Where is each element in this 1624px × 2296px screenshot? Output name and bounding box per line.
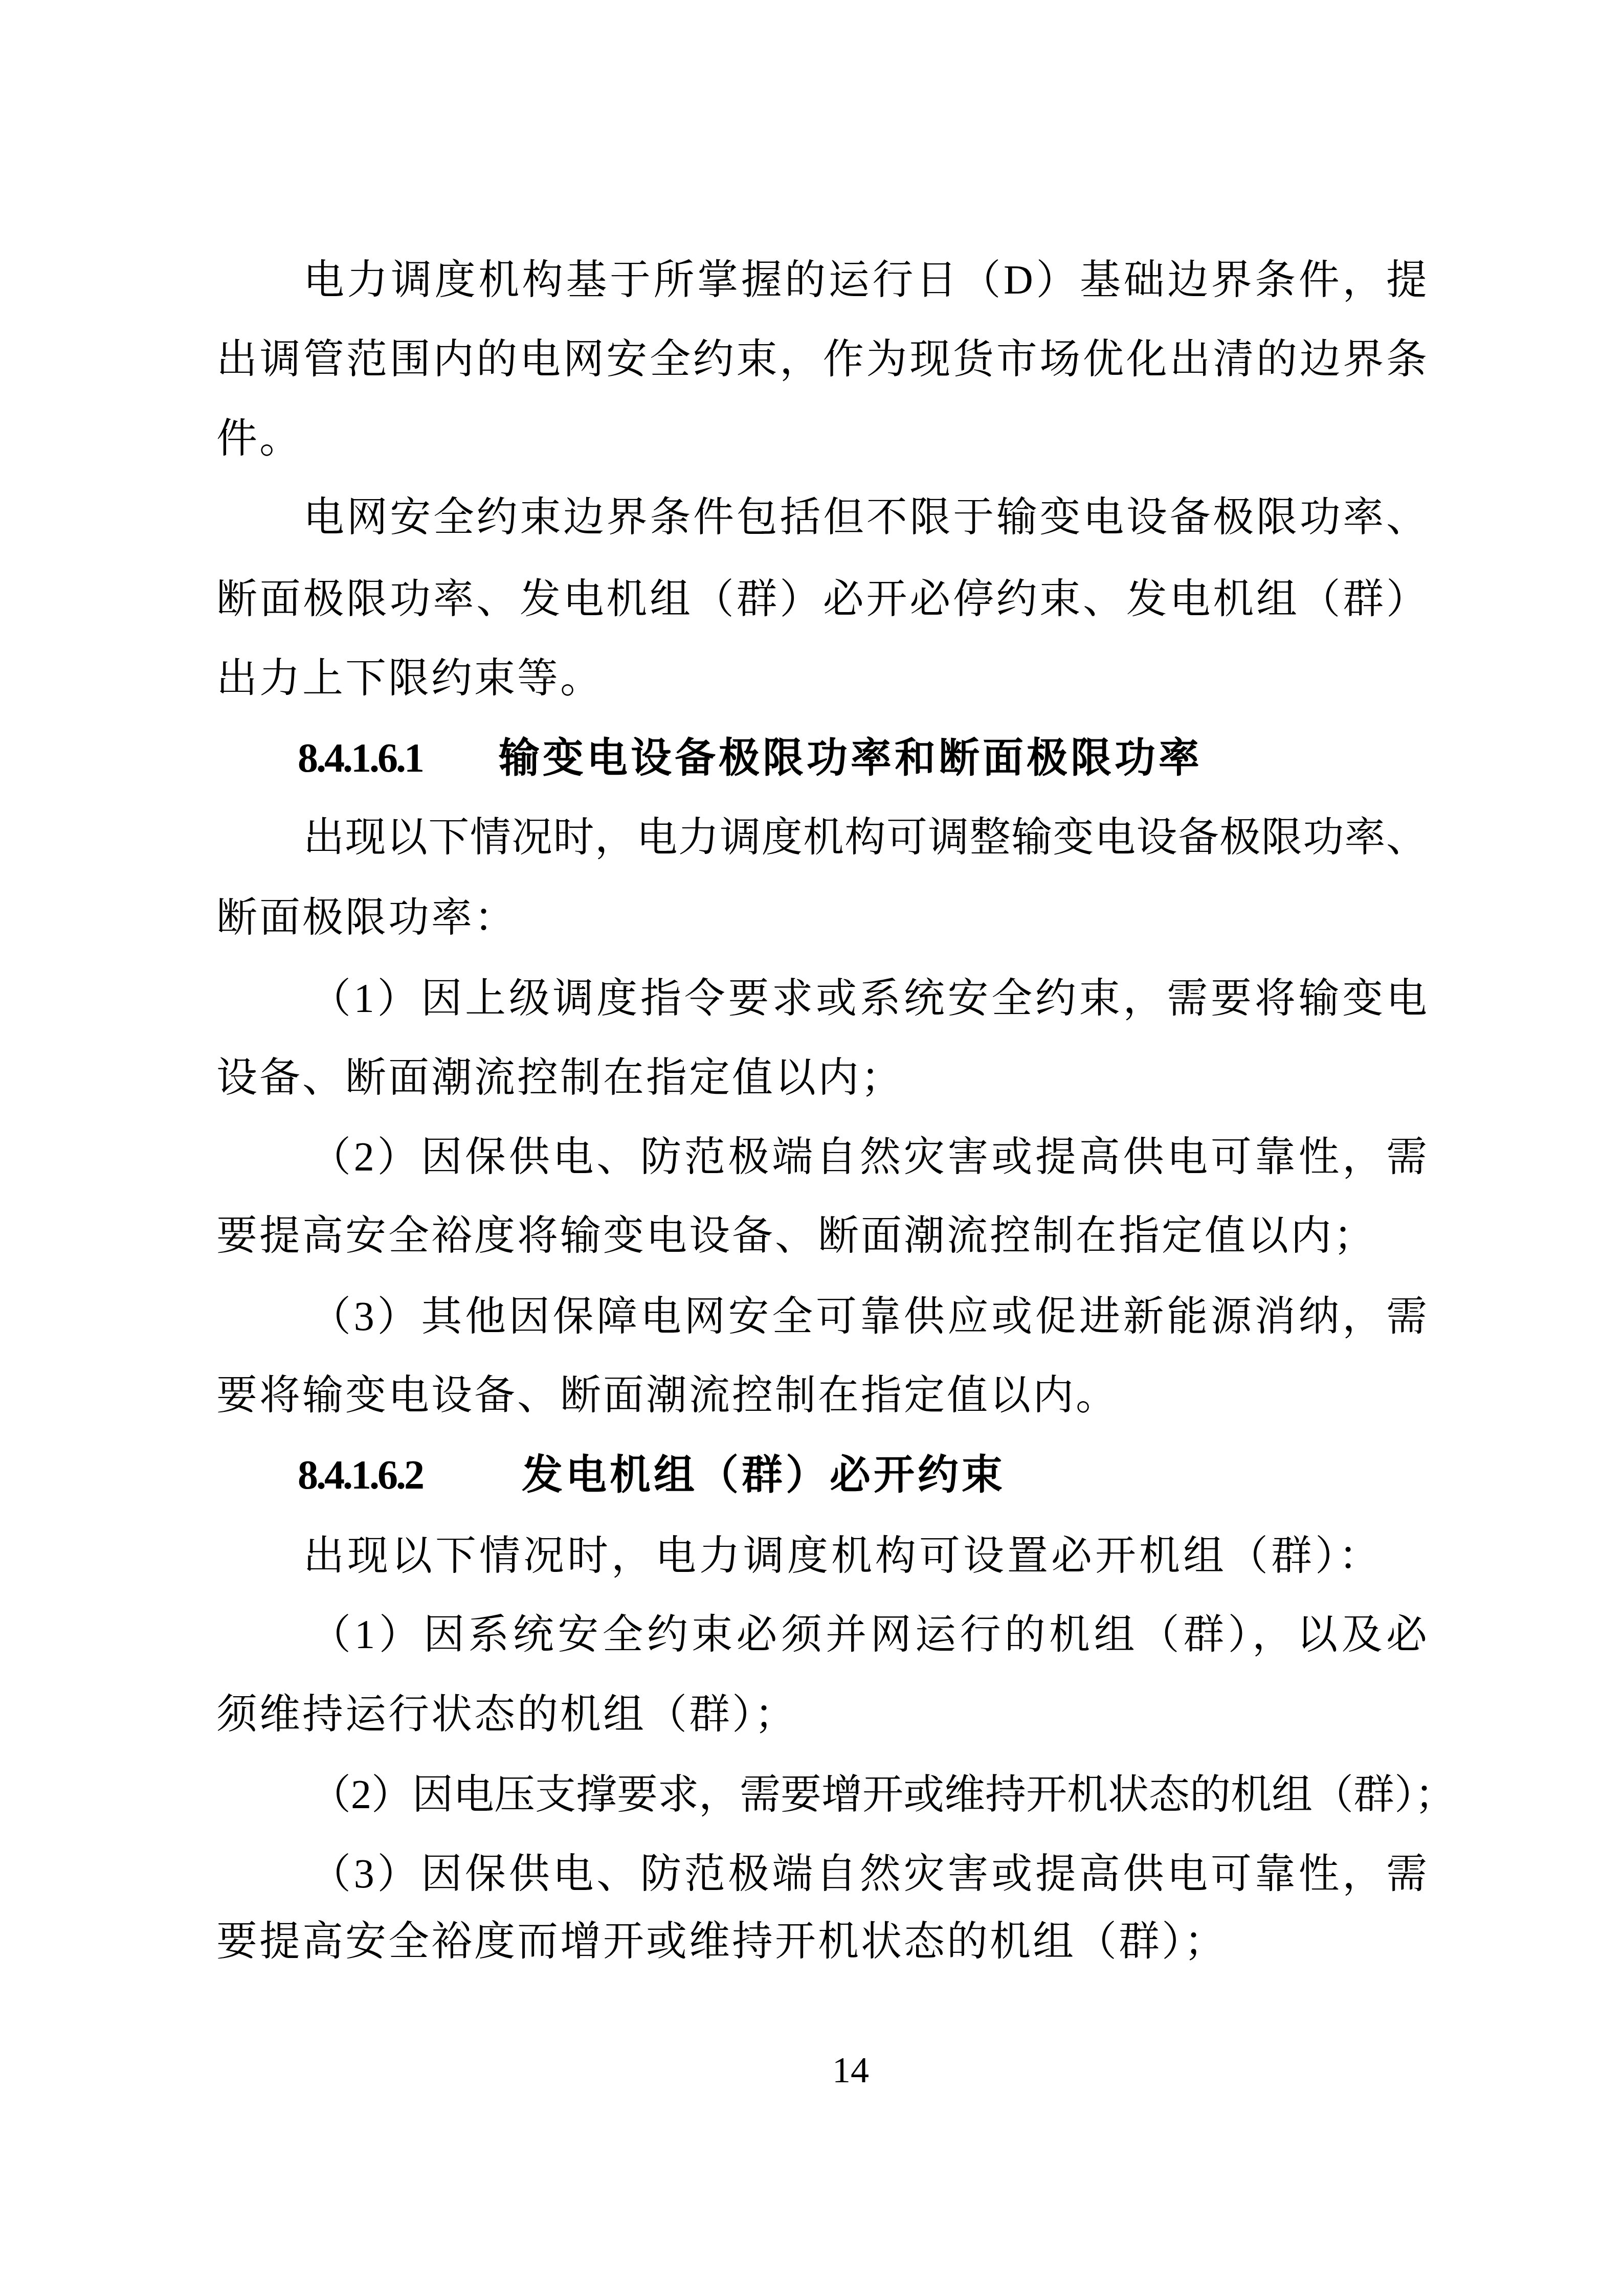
list-item-line: 须维持运行状态的机组（群）；	[216, 1686, 797, 1743]
list-item-line: （3）因保供电、防范极端自然灾害或提高供电可靠性，需	[310, 1846, 1427, 1902]
list-item-line: 要提高安全裕度将输变电设备、断面潮流控制在指定值以内；	[216, 1208, 1376, 1264]
list-item-line: 要提高安全裕度而增开或维持开机状态的机组（群）；	[216, 1914, 1227, 1970]
section-heading-8-4-1-6-1: 8.4.1.6.1 输变电设备极限功率和断面极限功率	[298, 730, 422, 786]
section-number: 8.4.1.6.1	[298, 730, 422, 786]
list-item-line: （2）因保供电、防范极端自然灾害或提高供电可靠性，需	[310, 1129, 1427, 1185]
paragraph-line: 出现以下情况时，电力调度机构可调整输变电设备极限功率、	[303, 809, 1427, 866]
section-title: 发电机组（群）必开约束	[522, 1447, 1006, 1503]
paragraph-line: 出现以下情况时，电力调度机构可设置必开机组（群）：	[303, 1528, 1383, 1584]
paragraph-line: 件。	[216, 411, 302, 467]
list-item-line: 要将输变电设备、断面潮流控制在指定值以内。	[216, 1367, 1119, 1424]
paragraph-line: 电网安全约束边界条件包括但不限于输变电设备极限功率、	[303, 489, 1427, 546]
list-item-line: （1）因上级调度指令要求或系统安全约束，需要将输变电	[310, 971, 1427, 1027]
section-title: 输变电设备极限功率和断面极限功率	[499, 730, 1203, 786]
document-page: 电力调度机构基于所掌握的运行日（D）基础边界条件，提 出调管范围内的电网安全约束…	[0, 0, 1624, 2296]
paragraph-line: 断面极限功率：	[216, 890, 517, 946]
section-number: 8.4.1.6.2	[298, 1447, 422, 1503]
list-item-line: （1）因系统安全约束必须并网运行的机组（群），以及必	[310, 1607, 1427, 1663]
list-item-line: （2）因电压支撑要求，需要增开或维持开机状态的机组（群）；	[310, 1767, 1427, 1823]
paragraph-line: 电力调度机构基于所掌握的运行日（D）基础边界条件，提	[303, 252, 1427, 308]
list-item-line: 设备、断面潮流控制在指定值以内；	[216, 1050, 904, 1106]
paragraph-line: 出力上下限约束等。	[216, 650, 603, 707]
list-item-line: （3）其他因保障电网安全可靠供应或促进新能源消纳，需	[310, 1289, 1427, 1345]
paragraph-line: 出调管范围内的电网安全约束，作为现货市场优化出清的边界条	[216, 331, 1427, 388]
page-number: 14	[825, 2044, 876, 2096]
paragraph-line: 断面极限功率、发电机组（群）必开必停约束、发电机组（群）	[216, 571, 1427, 627]
section-heading-8-4-1-6-2: 8.4.1.6.2 发电机组（群）必开约束	[298, 1447, 422, 1503]
